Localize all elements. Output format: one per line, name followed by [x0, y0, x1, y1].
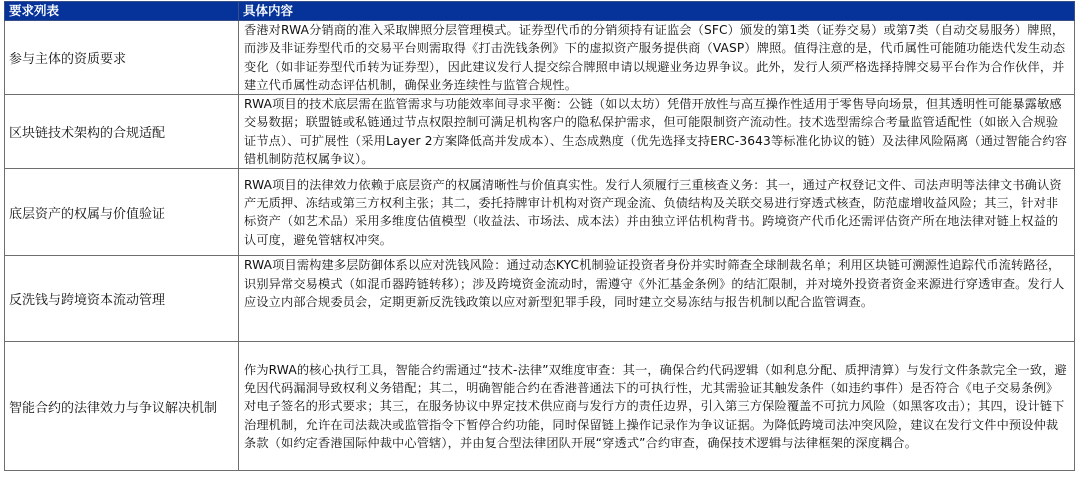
table-row: 参与主体的资质要求 香港对RWA分销商的准入采取牌照分层管理模式。证券型代币的分…: [5, 21, 1075, 95]
requirement-cell: 智能合约的法律效力与争议解决机制: [5, 342, 239, 471]
requirement-cell: 参与主体的资质要求: [5, 21, 239, 95]
header-content: 具体内容: [239, 2, 1075, 21]
table-row: 区块链技术架构的合规适配 RWA项目的技术底层需在监管需求与功能效率间寻求平衡：…: [5, 95, 1075, 169]
requirements-table: 要求列表 具体内容 参与主体的资质要求 香港对RWA分销商的准入采取牌照分层管理…: [4, 1, 1075, 471]
content-cell: 作为RWA的核心执行工具，智能合约需通过“技术-法律”双维度审查：其一，确保合约…: [239, 342, 1075, 471]
requirement-cell: 区块链技术架构的合规适配: [5, 95, 239, 169]
content-cell: RWA项目需构建多层防御体系以应对洗钱风险：通过动态KYC机制验证投资者身份并实…: [239, 256, 1075, 342]
content-cell: RWA项目的法律效力依赖于底层资产的权属清晰性与价值真实性。发行人须履行三重核查…: [239, 169, 1075, 256]
table-row: 反洗钱与跨境资本流动管理 RWA项目需构建多层防御体系以应对洗钱风险：通过动态K…: [5, 256, 1075, 342]
table-row: 智能合约的法律效力与争议解决机制 作为RWA的核心执行工具，智能合约需通过“技术…: [5, 342, 1075, 471]
header-requirement: 要求列表: [5, 2, 239, 21]
content-cell: RWA项目的技术底层需在监管需求与功能效率间寻求平衡：公链（如以太坊）凭借开放性…: [239, 95, 1075, 169]
requirement-cell: 底层资产的权属与价值验证: [5, 169, 239, 256]
table-header-row: 要求列表 具体内容: [5, 2, 1075, 21]
requirement-cell: 反洗钱与跨境资本流动管理: [5, 256, 239, 342]
table-row: 底层资产的权属与价值验证 RWA项目的法律效力依赖于底层资产的权属清晰性与价值真…: [5, 169, 1075, 256]
content-cell: 香港对RWA分销商的准入采取牌照分层管理模式。证券型代币的分销须持有证监会（SF…: [239, 21, 1075, 95]
